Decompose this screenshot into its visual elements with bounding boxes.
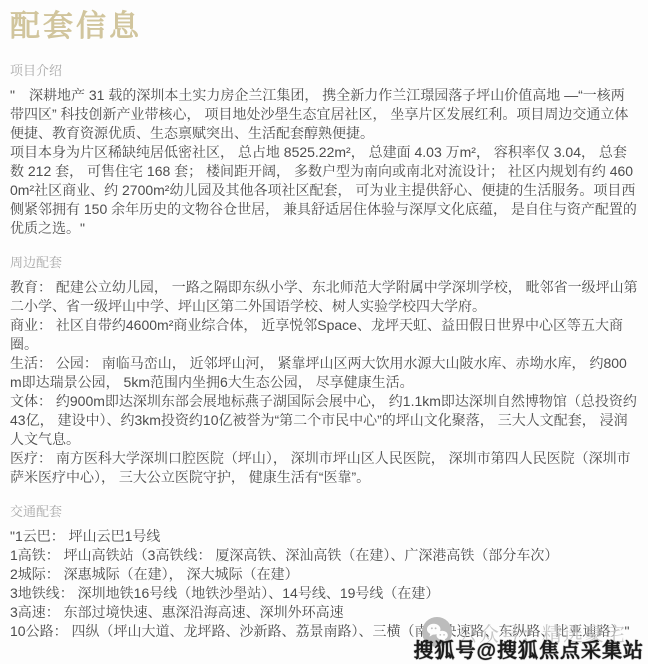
section-header-project-intro: 项目介绍 <box>10 63 638 79</box>
surroundings-commerce: 商业： 社区自带约4600m²商业综合体， 近享悦邻Space、龙坪天虹、益田假… <box>10 316 638 354</box>
transport-line-cloudbus: "1云巴： 坪山云巴1号线 <box>10 527 638 546</box>
section-surroundings: 周边配套 教育： 配建公立幼儿园， 一路之隔即东纵小学、东北师范大学附属中学深圳… <box>10 255 638 487</box>
article-content: 配套信息 项目介绍 " 深耕地产 31 载的深圳本土实力房企兰江集团， 携全新力… <box>0 0 648 641</box>
transport-line-intercity: 2城际： 深惠城际（在建）， 深大城际（在建） <box>10 565 638 584</box>
section-header-transport: 交通配套 <box>10 504 638 520</box>
surroundings-culture: 文体： 约900m即达深圳东部会展地标燕子湖国际会展中心， 约1.1km即达深圳… <box>10 392 638 449</box>
surroundings-medical: 医疗： 南方医科大学深圳口腔医院（坪山）， 深圳市坪山区人民医院， 深圳市第四人… <box>10 449 638 487</box>
surroundings-education: 教育： 配建公立幼儿园， 一路之隔即东纵小学、东北师范大学附属中学深圳学校， 毗… <box>10 278 638 316</box>
page-title: 配套信息 <box>10 8 638 46</box>
sohu-account-watermark: 搜狐号@搜狐焦点采集站 <box>413 634 644 663</box>
section-body-project-intro: " 深耕地产 31 载的深圳本土实力房企兰江集团， 携全新力作兰江璟园落子坪山价… <box>10 86 638 238</box>
section-header-surroundings: 周边配套 <box>10 255 638 271</box>
transport-line-metro: 3地铁线： 深圳地铁16号线（地铁沙壆站）、14号线、19号线（在建） <box>10 584 638 603</box>
surroundings-life: 生活： 公园： 南临马峦山， 近邻坪山河， 紧靠坪山区两大饮用水源大山陂水库、赤… <box>10 354 638 392</box>
intro-paragraph: " 深耕地产 31 载的深圳本土实力房企兰江集团， 携全新力作兰江璟园落子坪山价… <box>10 86 638 143</box>
transport-line-highspeed-rail: 1高铁： 坪山高铁站（3高铁线： 厦深高铁、深汕高铁（在建）、广深港高铁（部分车… <box>10 546 638 565</box>
intro-paragraph: 项目本身为片区稀缺纯居低密社区， 总占地 8525.22m²， 总建面 4.03… <box>10 143 638 238</box>
section-body-surroundings: 教育： 配建公立幼儿园， 一路之隔即东纵小学、东北师范大学附属中学深圳学校， 毗… <box>10 278 638 487</box>
section-project-intro: 项目介绍 " 深耕地产 31 载的深圳本土实力房企兰江集团， 携全新力作兰江璟园… <box>10 63 638 238</box>
